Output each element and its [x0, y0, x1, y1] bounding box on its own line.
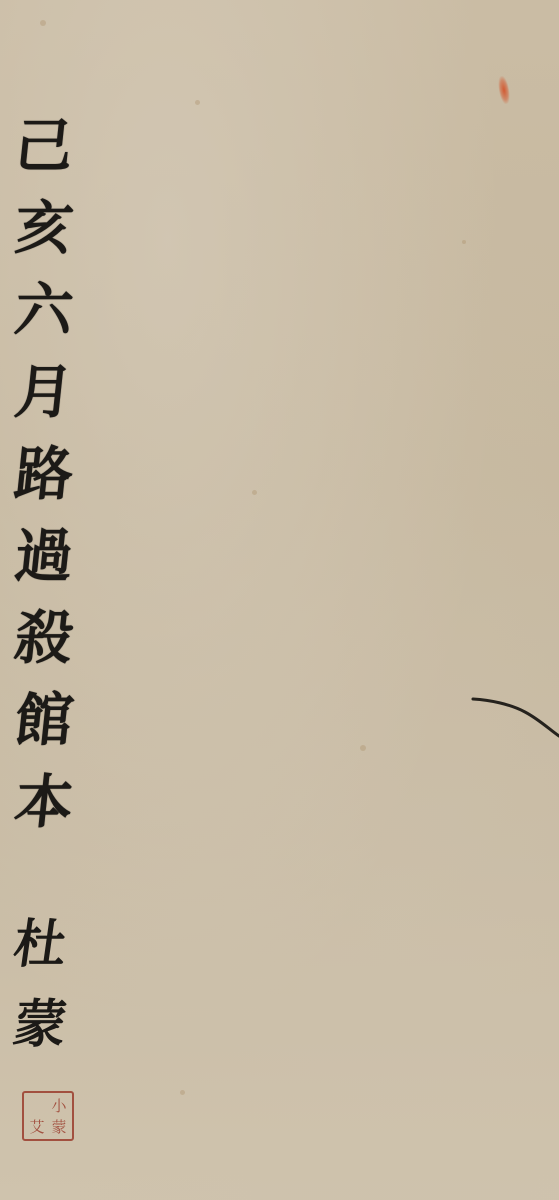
- seal-char: 艾: [26, 1116, 48, 1137]
- inscription-char: 六: [11, 269, 78, 351]
- signature-char: 杜: [8, 905, 71, 985]
- seal-char: 蒙: [48, 1116, 70, 1137]
- seal-char: 小: [48, 1095, 70, 1116]
- inscription-char: 亥: [11, 187, 78, 269]
- scroll-paper: 己 亥 六 月 路 過 殺 館 本 杜 蒙 小 艾 蒙: [0, 0, 559, 1200]
- paper-spot: [195, 100, 200, 105]
- inscription-char: 路: [11, 433, 78, 515]
- inscription-char: 殺: [11, 597, 78, 679]
- signature-char: 蒙: [8, 985, 71, 1065]
- inscription-char: 過: [11, 515, 78, 597]
- paper-spot: [360, 745, 366, 751]
- red-pigment-mark: [497, 75, 512, 104]
- inscription-char: 己: [11, 105, 78, 187]
- red-seal-stamp: 小 艾 蒙: [22, 1091, 74, 1141]
- paper-spot: [252, 490, 257, 495]
- inscription-char: 本: [11, 761, 78, 843]
- paper-spot: [40, 20, 46, 26]
- inscription-char: 館: [11, 679, 78, 761]
- brush-stroke: [470, 690, 559, 740]
- seal-char: [26, 1095, 48, 1116]
- inscription-char: 月: [11, 351, 78, 433]
- artist-signature: 杜 蒙: [10, 905, 70, 1065]
- inscription-column: 己 亥 六 月 路 過 殺 館 本: [4, 105, 84, 843]
- paper-spot: [462, 240, 466, 244]
- paper-spot: [180, 1090, 185, 1095]
